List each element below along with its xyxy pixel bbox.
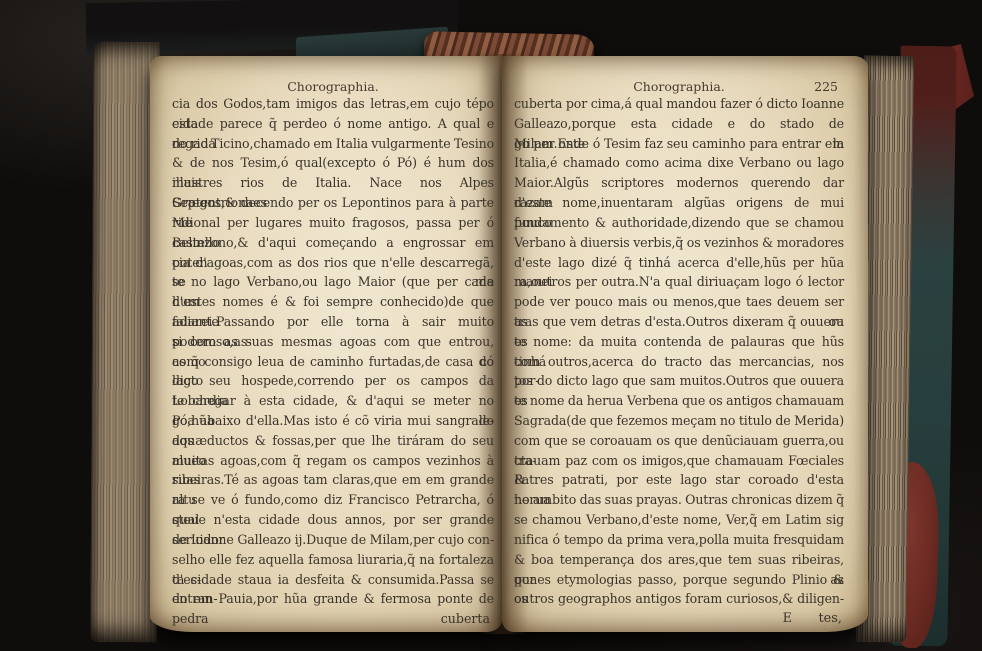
text-line: do em Pauia,por hũa grande & fermosa pon…: [172, 589, 494, 609]
text-line: ta cidade staua ia desfeita & consumida.…: [172, 570, 494, 590]
text-line: outros geographos antigos foram curiosos…: [514, 589, 844, 609]
text-line: fundamento & authoridade,dizendo que se …: [514, 213, 844, 233]
text-line: lago seu hospede,correndo per os campos …: [172, 371, 494, 391]
right-page-text-block: Chorographia. 225 cuberta por cima,á qua…: [514, 79, 844, 629]
text-line: tras que vem detras d'esta.Outros dixera…: [514, 312, 844, 332]
text-line: goa abaixo d'ella.Mas isto é cõ viria mu…: [172, 411, 494, 431]
text-line: quaes etymologias passo, porque segundo …: [514, 570, 844, 590]
text-line: as q̃ consigo leua de caminho furtadas,d…: [172, 352, 494, 372]
text-line: aquæductos & fossas,per que lhe tiráram …: [172, 431, 494, 451]
text-line: Sagrada(de que fezemos meçam no titulo d…: [514, 411, 844, 431]
text-line: & boa temperança dos ares,que tem suas r…: [514, 550, 844, 570]
text-line: Patres patrati, por este lago star coroa…: [514, 470, 844, 490]
catchword-left: cuberta: [172, 609, 494, 629]
text-line: d'este lago dizé q̃ tinhá acerca d'elle,…: [514, 253, 844, 273]
text-line: cia dos Godos,tam imigos das letras,em c…: [172, 94, 494, 114]
text-line: te nome da herua Verbena que os antigos …: [514, 391, 844, 411]
text-line: nifica ó tempo da prima vera,polla muita…: [514, 530, 844, 550]
text-line: go per onde ó Tesim faz seu caminho para…: [514, 134, 844, 154]
left-page-lines: cia dos Godos,tam imigos das letras,em c…: [172, 94, 494, 609]
text-line: com que se coroauam os que denũciauam gu…: [514, 431, 844, 451]
signature-row: E tes,: [514, 609, 844, 629]
text-line: te nome: da muita contenda de palauras q…: [514, 332, 844, 352]
catchword-right: tes,: [818, 609, 842, 629]
text-line: cia d'agoas,com as dos rios que n'elle d…: [172, 253, 494, 273]
text-line: cidade parece q̃ perdeo ó nome antigo. A…: [172, 114, 494, 134]
text-line: tos do dicto lago que sam muitos.Outros …: [514, 371, 844, 391]
text-line: & de nos Tesim,ó qual(excepto ó Pó) é hu…: [172, 153, 494, 173]
left-page-text-block: Chorographia. cia dos Godos,tam imigos d…: [172, 79, 494, 629]
text-line: d'este nome,inuentaram algũas origens de…: [514, 193, 844, 213]
running-header-title: Chorographia.: [633, 79, 725, 94]
text-line: Verbano à diuersis verbis,q̃ os vezinhos…: [514, 233, 844, 253]
text-line: muitas agoas,com q̃ regam os campos vezi…: [172, 451, 494, 471]
text-line: Italia,é chamado como acima dixe Verbano…: [514, 153, 844, 173]
signature-mark: E: [783, 609, 792, 629]
running-header-right: Chorographia. 225: [514, 79, 844, 94]
text-line: com outros,acerca do tracto das mercanci…: [514, 352, 844, 372]
book-photo: Chorographia. cia dos Godos,tam imigos d…: [0, 0, 982, 651]
text-line: Grægos,& decendo per os Lepontinos para …: [172, 193, 494, 213]
page-number: 225: [725, 79, 844, 94]
text-line: se chamou Verbano,d'este nome, Ver,q̃ em…: [514, 510, 844, 530]
right-page-lines: cuberta por cima,á qual mandou fazer ó d…: [514, 94, 844, 609]
text-line: steue n'esta cidade dous annos, por ser …: [172, 510, 494, 530]
text-line: no ambito das suas prayas. Outras chroni…: [514, 490, 844, 510]
text-line: pode ver pouco mais ou menos,que taes de…: [514, 292, 844, 312]
text-line: si com as suas mesmas agoas com que entr…: [172, 332, 494, 352]
text-line: cuberta por cima,á qual mandou fazer ó d…: [514, 94, 844, 114]
text-line: falarei.Passando por elle torna à sair m…: [172, 312, 494, 332]
header-spacer: [514, 79, 633, 94]
text-line: te chegar à esta cidade, & d'aqui se met…: [172, 391, 494, 411]
text-line: ribeiras.Té as agoas tam claras,que em e…: [172, 470, 494, 490]
text-line: Galleazo,porque esta cidade e do stado d…: [514, 114, 844, 134]
text-line: d'estes nomes é & foi sempre conhecido)d…: [172, 292, 494, 312]
text-line: ridional per lugares muito fragosos, pas…: [172, 213, 494, 233]
running-header-left: Chorographia.: [172, 79, 494, 94]
text-line: do rio Ticino,chamado em Italia vulgarme…: [172, 134, 494, 154]
text-line: de Ioanne Galleazo ij.Duque de Milam,per…: [172, 530, 494, 550]
text-line: Maior.Algũs scriptores modernos querendo…: [514, 173, 844, 193]
text-line: Belinzono,& d'aqui começando a engrossar…: [172, 233, 494, 253]
text-line: te no lago Verbano,ou lago Maior (que pe…: [172, 272, 494, 292]
text-line: ra se ve ó fundo,como diz Francisco Petr…: [172, 490, 494, 510]
text-line: selho elle fez aquella famosa liuraria,q…: [172, 550, 494, 570]
text-line: illustres rios de Italia. Nace nos Alpes…: [172, 173, 494, 193]
text-line: ctauam paz com os imigos,que chamauam Fœ…: [514, 451, 844, 471]
text-line: ra,outros per outra.N'a qual diriuaçam l…: [514, 272, 844, 292]
